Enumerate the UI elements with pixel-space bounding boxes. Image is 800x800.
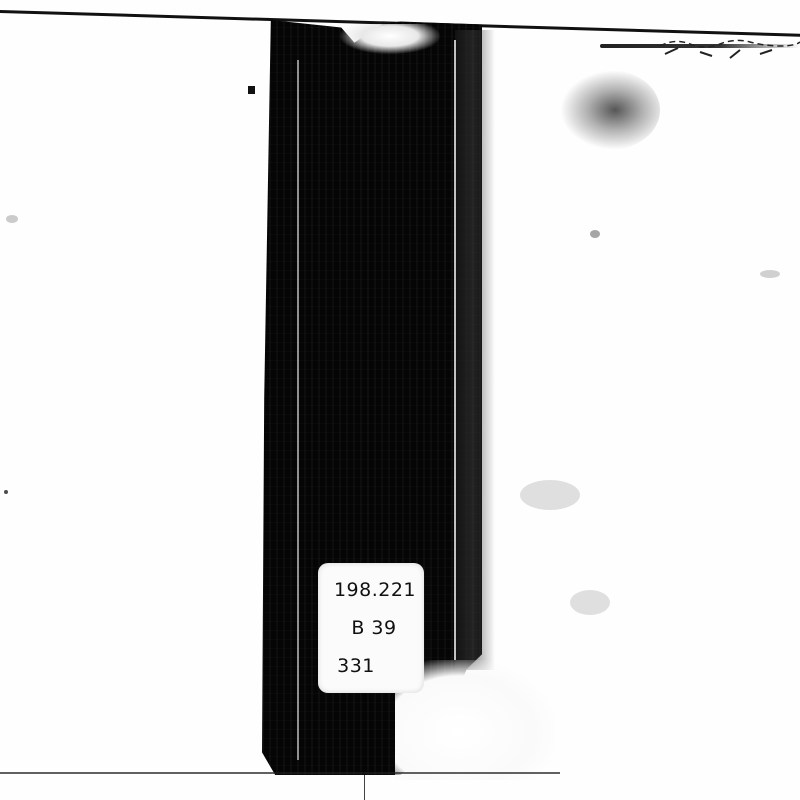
speck xyxy=(6,215,18,223)
ink-mark xyxy=(248,86,255,94)
speck xyxy=(4,490,8,494)
call-number-class: 198.221 xyxy=(334,581,416,600)
spine-top-wear xyxy=(340,24,440,54)
call-number-item: 331 xyxy=(337,657,375,676)
bottom-edge-line xyxy=(0,772,560,774)
bottom-tick-mark xyxy=(364,775,365,800)
torn-paper-edge xyxy=(660,38,800,68)
spine-shadow xyxy=(455,30,495,670)
ink-smudge xyxy=(560,70,660,150)
speck xyxy=(760,270,780,278)
spine-rule-left xyxy=(297,60,299,760)
book-scan: 198.221 B 39 331 xyxy=(0,0,800,800)
call-number-label: 198.221 B 39 331 xyxy=(318,563,424,693)
spine-rule-right xyxy=(454,40,456,660)
speck xyxy=(570,590,610,615)
call-number-cutter: B 39 xyxy=(351,619,396,638)
speck xyxy=(590,230,600,238)
speck xyxy=(520,480,580,510)
